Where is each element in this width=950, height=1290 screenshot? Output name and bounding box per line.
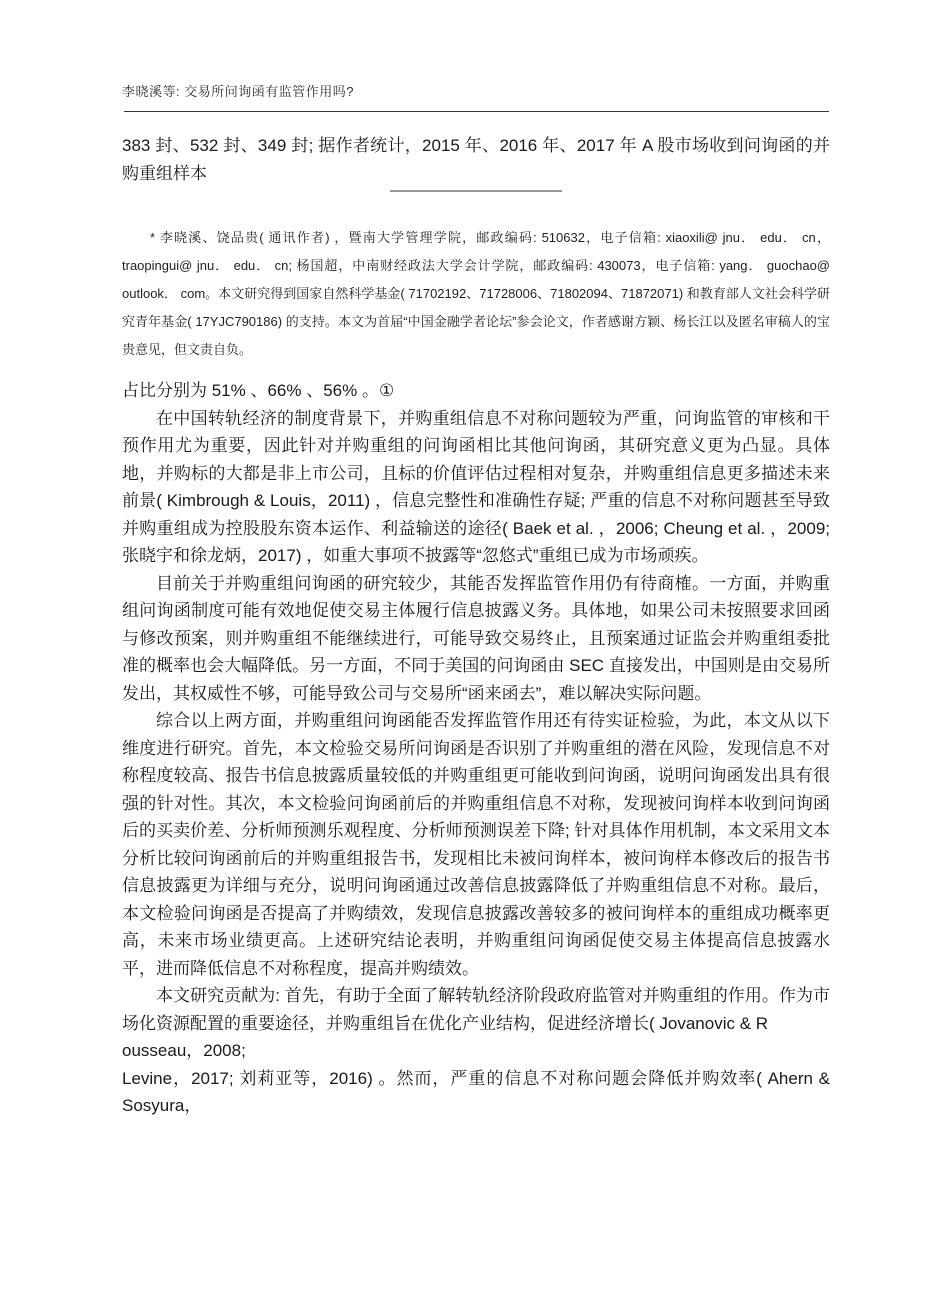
text-column: 李晓溪等: 交易所问询函有监管作用吗? 383 封、532 封、349 封; 据… xyxy=(122,0,830,1120)
paragraph-contribution: 本文研究贡献为: 首先，有助于全面了解转轨经济阶段政府监管对并购重组的作用。作为… xyxy=(122,982,830,1037)
footnote-separator-line xyxy=(390,190,562,192)
paragraph-research-debate: 目前关于并购重组问询函的研究较少，其能否发挥监管作用仍有待商榷。一方面，并购重组… xyxy=(122,570,830,708)
paper-page: 李晓溪等: 交易所问询函有监管作用吗? 383 封、532 封、349 封; 据… xyxy=(0,0,950,1290)
intro-text: 383 封、532 封、349 封; 据作者统计，2015 年、2016 年、2… xyxy=(122,132,830,187)
stat-line: 占比分别为 51% 、66% 、56% 。① xyxy=(122,377,830,405)
footnote-text: * 李晓溪、饶品贵( 通讯作者) ，暨南大学管理学院，邮政编码: 510632，… xyxy=(122,224,830,364)
line-citation-fragment-levine: Levine，2017; 刘莉亚等，2016) 。然而，严重的信息不对称问题会降… xyxy=(122,1065,830,1120)
paragraph-institutional-background: 在中国转轨经济的制度背景下，并购重组信息不对称问题较为严重，问询监管的审核和干预… xyxy=(122,405,830,570)
running-header: 李晓溪等: 交易所问询函有监管作用吗? xyxy=(122,0,830,99)
header-rule xyxy=(124,111,829,112)
paragraph-research-design: 综合以上两方面，并购重组问询函能否发挥监管作用还有待实证检验，为此，本文从以下维… xyxy=(122,707,830,982)
line-citation-fragment-rousseau: ousseau，2008; xyxy=(122,1037,830,1065)
